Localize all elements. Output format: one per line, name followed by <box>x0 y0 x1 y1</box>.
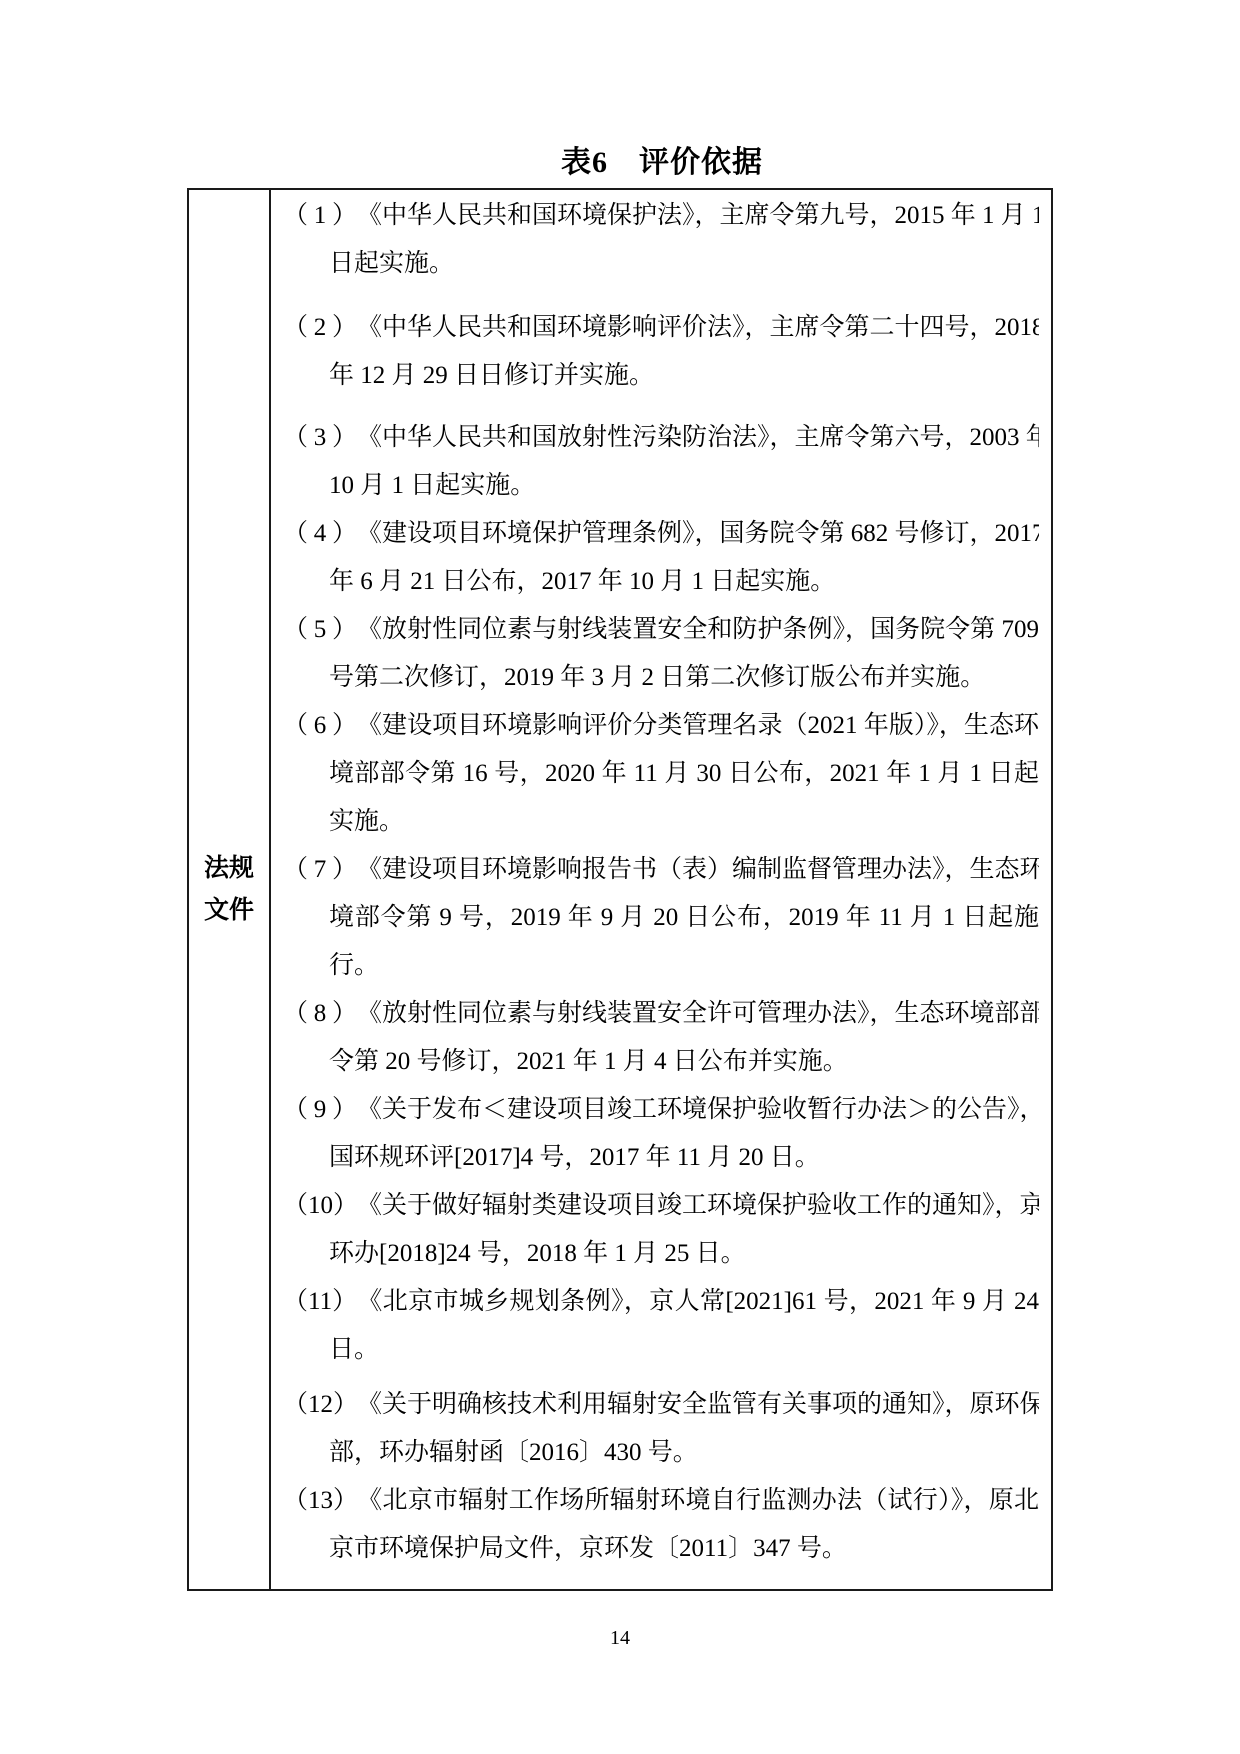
item-line: （6）《建设项目环境影响评价分类管理名录（2021 年版）》，生态环 <box>283 702 1039 750</box>
legal-item: （2）《中华人民共和国环境影响评价法》，主席令第二十四号，2018年 12 月 … <box>283 304 1039 400</box>
legal-item: （11）《北京市城乡规划条例》，京人常[2021]61 号，2021 年 9 月… <box>283 1278 1039 1374</box>
item-line: 部，环办辐射函〔2016〕430 号。 <box>283 1429 1039 1477</box>
item-number: （8） <box>283 990 357 1038</box>
row-label: 法规文件 <box>202 848 256 932</box>
legal-item: （7）《建设项目环境影响报告书（表）编制监督管理办法》，生态环境部令第 9 号，… <box>283 846 1039 990</box>
item-line: （3）《中华人民共和国放射性污染防治法》，主席令第六号，2003 年 <box>283 414 1039 462</box>
item-line: 令第 20 号修订，2021 年 1 月 4 日公布并实施。 <box>283 1038 1039 1086</box>
legal-item: （13）《北京市辐射工作场所辐射环境自行监测办法（试行）》，原北京市环境保护局文… <box>283 1477 1039 1573</box>
legal-item: （8）《放射性同位素与射线装置安全许可管理办法》，生态环境部部令第 20 号修订… <box>283 990 1039 1086</box>
item-line: （4）《建设项目环境保护管理条例》，国务院令第 682 号修订，2017 <box>283 510 1039 558</box>
item-line: 年 6 月 21 日公布，2017 年 10 月 1 日起实施。 <box>283 558 1039 606</box>
item-line: （2）《中华人民共和国环境影响评价法》，主席令第二十四号，2018 <box>283 304 1039 352</box>
item-line: （9）《关于发布＜建设项目竣工环境保护验收暂行办法＞的公告》， <box>283 1086 1039 1134</box>
table-title: 表6 评价依据 <box>271 141 1053 185</box>
item-line: （7）《建设项目环境影响报告书（表）编制监督管理办法》，生态环 <box>283 846 1039 894</box>
item-line: 京市环境保护局文件，京环发〔2011〕347 号。 <box>283 1525 1039 1573</box>
item-number: （9） <box>283 1086 357 1134</box>
item-number: （7） <box>283 846 357 894</box>
item-line: 境部部令第 16 号，2020 年 11 月 30 日公布，2021 年 1 月… <box>283 750 1039 798</box>
legal-items-cell: （1）《中华人民共和国环境保护法》，主席令第九号，2015 年 1 月 1日起实… <box>271 190 1051 1589</box>
item-line: 境部令第 9 号，2019 年 9 月 20 日公布，2019 年 11 月 1… <box>283 894 1039 942</box>
item-line: （8）《放射性同位素与射线装置安全许可管理办法》，生态环境部部 <box>283 990 1039 1038</box>
legal-item: （1）《中华人民共和国环境保护法》，主席令第九号，2015 年 1 月 1日起实… <box>283 192 1039 288</box>
item-line: （12）《关于明确核技术利用辐射安全监管有关事项的通知》，原环保 <box>283 1381 1039 1429</box>
legal-item: （5）《放射性同位素与射线装置安全和防护条例》，国务院令第 709号第二次修订，… <box>283 606 1039 702</box>
item-number: （2） <box>283 304 357 352</box>
legal-item: （4）《建设项目环境保护管理条例》，国务院令第 682 号修订，2017年 6 … <box>283 510 1039 606</box>
row-label-cell: 法规文件 <box>189 190 271 1589</box>
item-number: （4） <box>283 510 357 558</box>
item-number: （13） <box>283 1477 357 1525</box>
item-line: （11）《北京市城乡规划条例》，京人常[2021]61 号，2021 年 9 月… <box>283 1278 1039 1326</box>
evaluation-basis-table: 法规文件 （1）《中华人民共和国环境保护法》，主席令第九号，2015 年 1 月… <box>187 188 1053 1591</box>
item-number: （5） <box>283 606 357 654</box>
item-line: （1）《中华人民共和国环境保护法》，主席令第九号，2015 年 1 月 1 <box>283 192 1039 240</box>
item-line: 环办[2018]24 号，2018 年 1 月 25 日。 <box>283 1230 1039 1278</box>
page-number: 14 <box>0 1626 1240 1650</box>
item-line: 号第二次修订，2019 年 3 月 2 日第二次修订版公布并实施。 <box>283 654 1039 702</box>
item-line: 实施。 <box>283 798 1039 846</box>
item-line: 国环规环评[2017]4 号，2017 年 11 月 20 日。 <box>283 1134 1039 1182</box>
item-number: （1） <box>283 192 357 240</box>
legal-item: （3）《中华人民共和国放射性污染防治法》，主席令第六号，2003 年10 月 1… <box>283 414 1039 510</box>
item-line: 日。 <box>283 1326 1039 1374</box>
item-line: （10）《关于做好辐射类建设项目竣工环境保护验收工作的通知》，京 <box>283 1182 1039 1230</box>
item-line: 10 月 1 日起实施。 <box>283 462 1039 510</box>
legal-item: （6）《建设项目环境影响评价分类管理名录（2021 年版）》，生态环境部部令第 … <box>283 702 1039 846</box>
item-line: 年 12 月 29 日日修订并实施。 <box>283 352 1039 400</box>
item-number: （12） <box>283 1381 357 1429</box>
legal-item: （9）《关于发布＜建设项目竣工环境保护验收暂行办法＞的公告》，国环规环评[201… <box>283 1086 1039 1182</box>
item-number: （10） <box>283 1182 357 1230</box>
item-line: （13）《北京市辐射工作场所辐射环境自行监测办法（试行）》，原北 <box>283 1477 1039 1525</box>
item-number: （6） <box>283 702 357 750</box>
legal-item: （12）《关于明确核技术利用辐射安全监管有关事项的通知》，原环保部，环办辐射函〔… <box>283 1381 1039 1477</box>
legal-item: （10）《关于做好辐射类建设项目竣工环境保护验收工作的通知》，京环办[2018]… <box>283 1182 1039 1278</box>
item-line: 日起实施。 <box>283 240 1039 288</box>
item-number: （11） <box>283 1278 357 1326</box>
item-line: 行。 <box>283 942 1039 990</box>
item-number: （3） <box>283 414 357 462</box>
item-line: （5）《放射性同位素与射线装置安全和防护条例》，国务院令第 709 <box>283 606 1039 654</box>
